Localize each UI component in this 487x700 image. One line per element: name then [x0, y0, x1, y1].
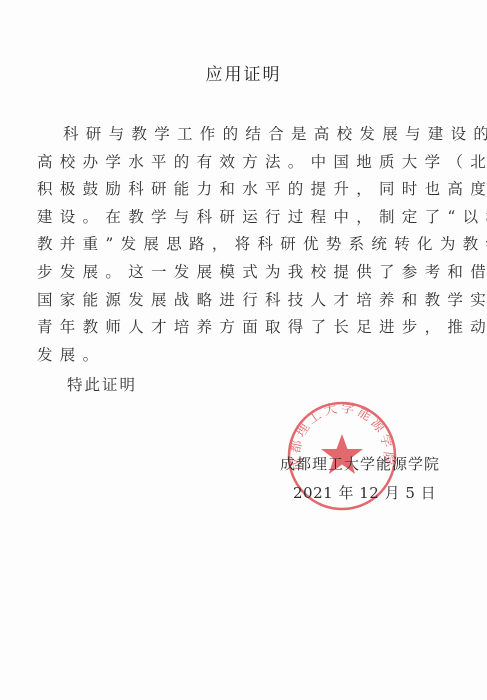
- body-line: 国家能源发展战略进行科技人才培养和教学实践活动，在教学成果及: [37, 287, 462, 315]
- body-line: 步发展。这一发展模式为我校提供了参考和借鉴作用，我院紧密围绕: [37, 259, 462, 287]
- signature-date: 2021 年 12 月 5 日: [293, 482, 436, 503]
- body-line: 青年教师人才培养方面取得了长足进步，推动了我院优势学科的创新: [37, 314, 462, 342]
- closing-statement: 特此证明: [67, 373, 137, 395]
- signature-organization: 成都理工大学能源学院: [280, 453, 440, 474]
- body-line: 高校办学水平的有效方法。中国地质大学（北京）能源学院教学团队: [37, 149, 462, 177]
- document-title: 应用证明: [0, 60, 487, 85]
- body-line: 建设。在教学与科研运行过程中，制定了“以教带科、以教哺科、科: [37, 204, 462, 232]
- body-line: 科研与教学工作的结合是高校发展与建设的必经之路，也是衡量: [37, 121, 462, 149]
- document-page: 应用证明 科研与教学工作的结合是高校发展与建设的必经之路，也是衡量 高校办学水平…: [0, 0, 487, 700]
- body-line: 积极鼓励科研能力和水平的提升，同时也高度重视教学工作及其成效: [37, 176, 462, 204]
- body-paragraph: 科研与教学工作的结合是高校发展与建设的必经之路，也是衡量 高校办学水平的有效方法…: [37, 121, 462, 369]
- body-line: 教并重”发展思路，将科研优势系统转化为教学优势，科研与教学同: [37, 231, 462, 259]
- body-line: 发展。: [37, 342, 462, 370]
